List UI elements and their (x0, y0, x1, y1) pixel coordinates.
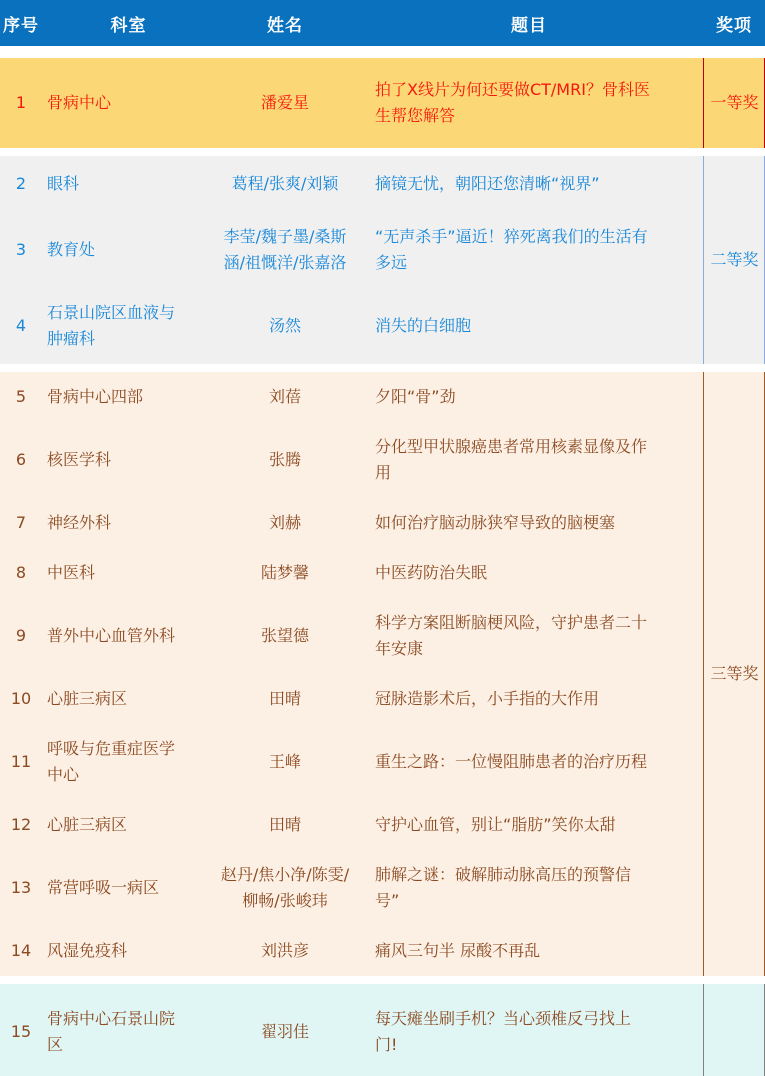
cell-title-row-14: 痛风三句半 尿酸不再乱 (355, 926, 703, 976)
award-groups: 1骨病中心潘爱星拍了X线片为何还要做CT/MRI？骨科医生帮您解答一等奖2眼科葛… (0, 58, 765, 1076)
cell-title-row-7: 如何治疗脑动脉狭窄导致的脑梗塞 (355, 498, 703, 548)
cell-name-row-7: 刘赫 (215, 498, 355, 548)
cell-no-row-2: 2 (0, 156, 42, 212)
cell-title-row-3: “无声杀手”逼近！猝死离我们的生活有多远 (355, 212, 703, 288)
cell-name-row-12: 田晴 (215, 800, 355, 850)
cell-title-row-4: 消失的白细胞 (355, 288, 703, 364)
cell-award-group-2: 二等奖 (703, 156, 765, 364)
award-results-table: 序号 科室 姓名 题目 奖项 1骨病中心潘爱星拍了X线片为何还要做CT/MRI？… (0, 0, 765, 1076)
cell-name-row-13: 赵丹/焦小净/陈雯/柳畅/张峻玮 (215, 850, 355, 926)
cell-dept-row-8: 中医科 (42, 548, 215, 598)
cell-no-row-14: 14 (0, 926, 42, 976)
cell-award-group-4 (703, 984, 765, 1076)
cell-no-row-12: 12 (0, 800, 42, 850)
header-cell-title: 题目 (355, 0, 703, 46)
header-cell-name: 姓名 (215, 0, 355, 46)
cell-name-row-8: 陆梦馨 (215, 548, 355, 598)
cell-dept-row-14: 风湿免疫科 (42, 926, 215, 976)
cell-no-row-9: 9 (0, 598, 42, 674)
cell-dept-row-11: 呼吸与危重症医学中心 (42, 724, 215, 800)
cell-name-row-4: 汤然 (215, 288, 355, 364)
cell-award-group-3: 三等奖 (703, 372, 765, 976)
cell-no-row-13: 13 (0, 850, 42, 926)
cell-no-row-8: 8 (0, 548, 42, 598)
cell-title-row-15: 每天瘫坐刷手机？当心颈椎反弓找上门! (355, 984, 703, 1076)
cell-dept-row-2: 眼科 (42, 156, 215, 212)
cell-name-row-10: 田晴 (215, 674, 355, 724)
cell-name-row-3: 李莹/魏子墨/桑斯涵/祖慨洋/张嘉洛 (215, 212, 355, 288)
cell-dept-row-10: 心脏三病区 (42, 674, 215, 724)
cell-dept-row-13: 常营呼吸一病区 (42, 850, 215, 926)
cell-name-row-2: 葛程/张爽/刘颖 (215, 156, 355, 212)
cell-no-row-6: 6 (0, 422, 42, 498)
cell-no-row-3: 3 (0, 212, 42, 288)
cell-name-row-9: 张望德 (215, 598, 355, 674)
cell-no-row-10: 10 (0, 674, 42, 724)
cell-name-row-6: 张腾 (215, 422, 355, 498)
cell-no-row-4: 4 (0, 288, 42, 364)
cell-title-row-13: 肺解之谜：破解肺动脉高压的预警信号” (355, 850, 703, 926)
award-group-4: 15骨病中心石景山院区翟羽佳每天瘫坐刷手机？当心颈椎反弓找上门! (0, 984, 765, 1076)
cell-title-row-1: 拍了X线片为何还要做CT/MRI？骨科医生帮您解答 (355, 58, 703, 148)
cell-dept-row-7: 神经外科 (42, 498, 215, 548)
cell-dept-row-1: 骨病中心 (42, 58, 215, 148)
cell-dept-row-3: 教育处 (42, 212, 215, 288)
header-cell-no: 序号 (0, 0, 42, 46)
cell-no-row-1: 1 (0, 58, 42, 148)
cell-award-group-1: 一等奖 (703, 58, 765, 148)
cell-no-row-5: 5 (0, 372, 42, 422)
cell-name-row-14: 刘洪彦 (215, 926, 355, 976)
cell-dept-row-12: 心脏三病区 (42, 800, 215, 850)
cell-name-row-5: 刘蓓 (215, 372, 355, 422)
cell-name-row-15: 翟羽佳 (215, 984, 355, 1076)
cell-title-row-5: 夕阳“骨”劲 (355, 372, 703, 422)
award-group-2: 2眼科葛程/张爽/刘颖摘镜无忧，朝阳还您清晰“视界”3教育处李莹/魏子墨/桑斯涵… (0, 156, 765, 364)
cell-no-row-7: 7 (0, 498, 42, 548)
table-header-row: 序号 科室 姓名 题目 奖项 (0, 0, 765, 46)
cell-name-row-1: 潘爱星 (215, 58, 355, 148)
header-cell-dept: 科室 (42, 0, 215, 46)
cell-title-row-10: 冠脉造影术后，小手指的大作用 (355, 674, 703, 724)
cell-title-row-9: 科学方案阻断脑梗风险，守护患者二十年安康 (355, 598, 703, 674)
award-group-3: 5骨病中心四部刘蓓夕阳“骨”劲6核医学科张腾分化型甲状腺癌患者常用核素显像及作用… (0, 372, 765, 976)
cell-dept-row-5: 骨病中心四部 (42, 372, 215, 422)
cell-title-row-12: 守护心血管，别让“脂肪”笑你太甜 (355, 800, 703, 850)
cell-dept-row-6: 核医学科 (42, 422, 215, 498)
cell-title-row-11: 重生之路：一位慢阻肺患者的治疗历程 (355, 724, 703, 800)
cell-dept-row-4: 石景山院区血液与肿瘤科 (42, 288, 215, 364)
cell-dept-row-15: 骨病中心石景山院区 (42, 984, 215, 1076)
cell-title-row-6: 分化型甲状腺癌患者常用核素显像及作用 (355, 422, 703, 498)
cell-title-row-8: 中医药防治失眠 (355, 548, 703, 598)
cell-name-row-11: 王峰 (215, 724, 355, 800)
cell-title-row-2: 摘镜无忧，朝阳还您清晰“视界” (355, 156, 703, 212)
cell-dept-row-9: 普外中心血管外科 (42, 598, 215, 674)
cell-no-row-15: 15 (0, 984, 42, 1076)
award-group-1: 1骨病中心潘爱星拍了X线片为何还要做CT/MRI？骨科医生帮您解答一等奖 (0, 58, 765, 148)
cell-no-row-11: 11 (0, 724, 42, 800)
header-cell-award: 奖项 (703, 0, 765, 46)
